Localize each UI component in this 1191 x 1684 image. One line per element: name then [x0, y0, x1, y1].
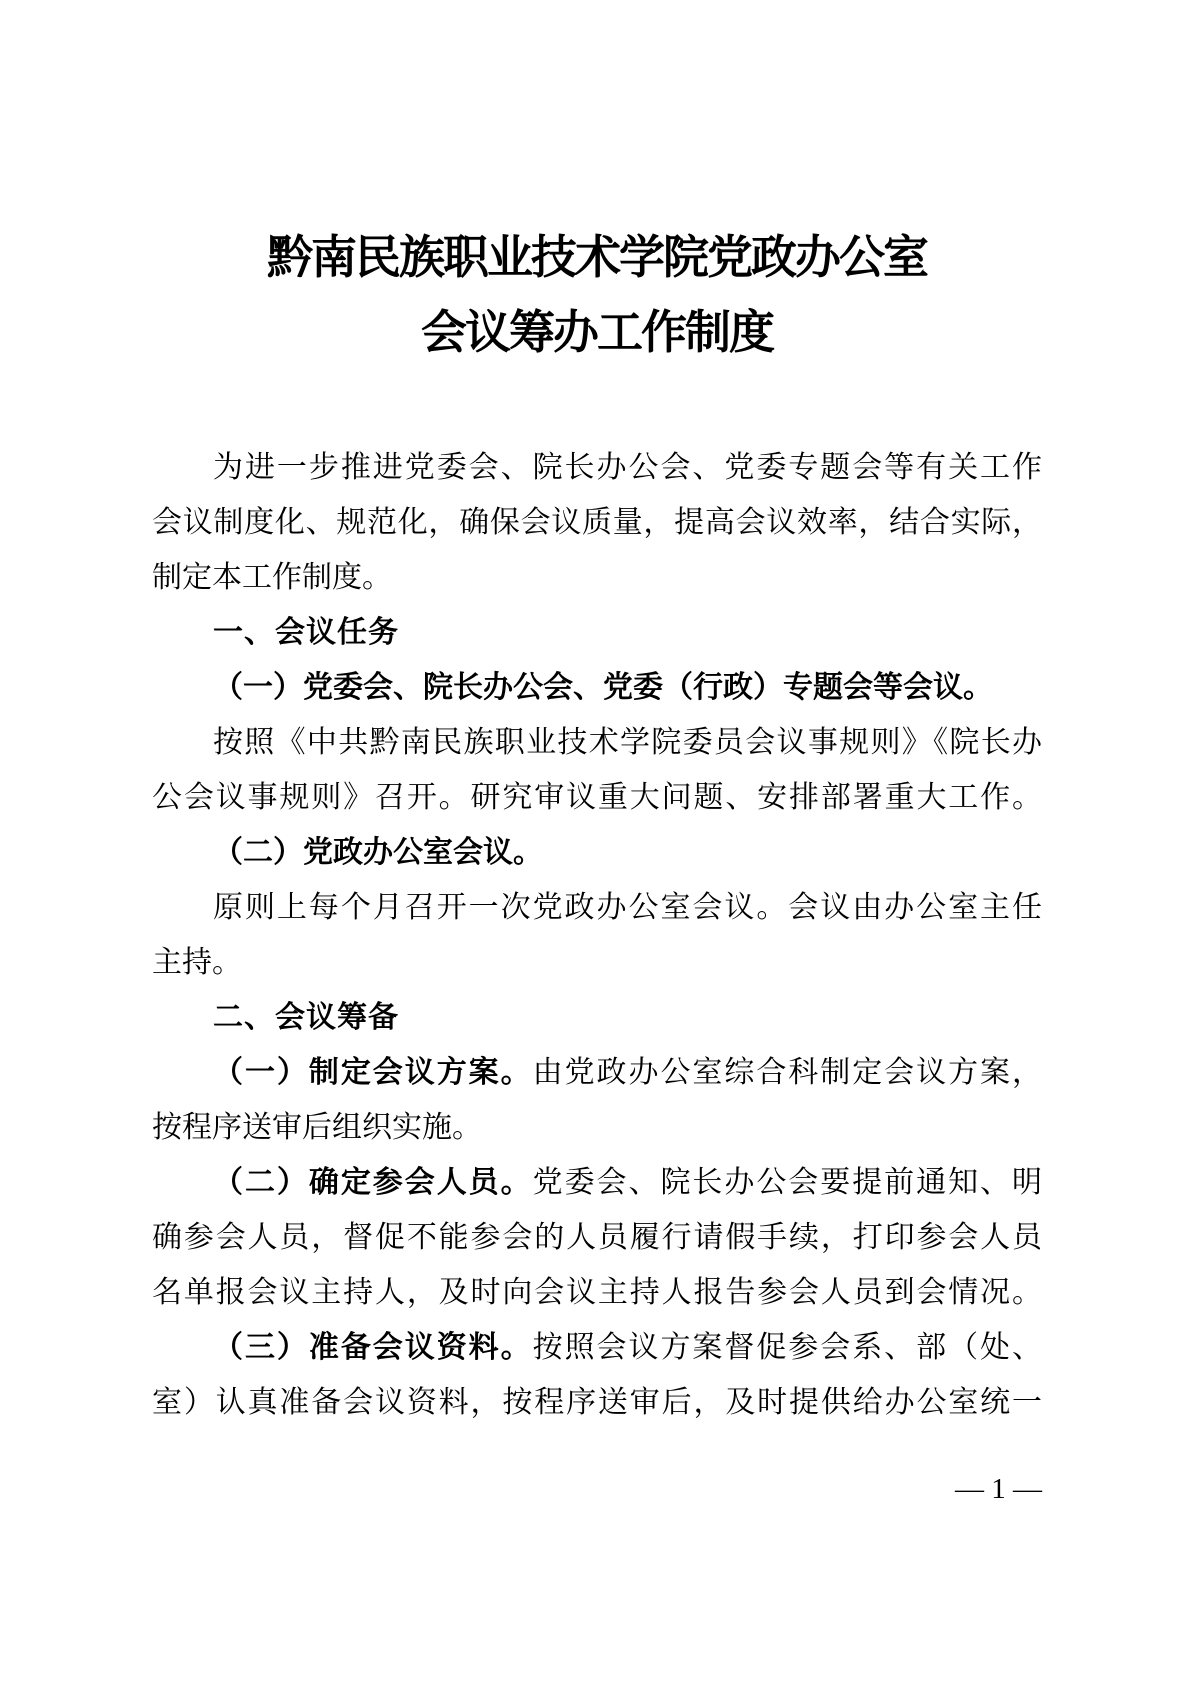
- body-text: 主持。: [152, 946, 242, 979]
- document-line: （三）准备会议资料。按照会议方案督促参会系、部（处、: [152, 1320, 1042, 1375]
- body-text: 确参会人员，督促不能参会的人员履行请假手续，打印参会人员: [152, 1221, 1042, 1254]
- document-line: 按程序送审后组织实施。: [152, 1100, 1042, 1155]
- body-text: 原则上每个月召开一次党政办公室会议。会议由办公室主任: [213, 891, 1042, 924]
- body-text: 公会议事规则》召开。研究审议重大问题、安排部署重大工作。: [152, 781, 1042, 814]
- body-text: 按程序送审后组织实施。: [152, 1111, 482, 1144]
- document-line: 一、会议任务: [152, 605, 1042, 660]
- document-line: 公会议事规则》召开。研究审议重大问题、安排部署重大工作。: [152, 770, 1042, 825]
- body-text: 名单报会议主持人，及时向会议主持人报告参会人员到会情况。: [152, 1276, 1042, 1309]
- body-text: 制定本工作制度。: [152, 561, 392, 594]
- bold-lead-text: （三）准备会议资料。: [213, 1331, 533, 1364]
- bold-lead-text: （二）党政办公室会议。: [213, 836, 543, 869]
- body-text: 一、会议任务: [213, 616, 399, 649]
- document-body: 为进一步推进党委会、院长办公会、党委专题会等有关工作会议制度化、规范化，确保会议…: [152, 440, 1042, 1430]
- document-line: 为进一步推进党委会、院长办公会、党委专题会等有关工作: [152, 440, 1042, 495]
- document-line: 按照《中共黔南民族职业技术学院委员会议事规则》《院长办: [152, 715, 1042, 770]
- body-text: 室）认真准备会议资料，按程序送审后，及时提供给办公室统一: [152, 1386, 1042, 1419]
- body-text: 按照《中共黔南民族职业技术学院委员会议事规则》《院长办: [213, 726, 1042, 759]
- document-line: 主持。: [152, 935, 1042, 990]
- document-line: （二）党政办公室会议。: [152, 825, 1042, 880]
- document-line: 二、会议筹备: [152, 990, 1042, 1045]
- page-footer: — 1 —: [152, 1462, 1042, 1517]
- body-text: 为进一步推进党委会、院长办公会、党委专题会等有关工作: [213, 451, 1042, 484]
- document-title: 黔南民族职业技术学院党政办公室 会议筹办工作制度: [152, 220, 1042, 370]
- bold-lead-text: （一）制定会议方案。: [213, 1056, 533, 1089]
- body-text: 会议制度化、规范化，确保会议质量，提高会议效率，结合实际，: [152, 506, 1042, 539]
- document-line: 原则上每个月召开一次党政办公室会议。会议由办公室主任: [152, 880, 1042, 935]
- document-line: 名单报会议主持人，及时向会议主持人报告参会人员到会情况。: [152, 1265, 1042, 1320]
- document-line: 制定本工作制度。: [152, 550, 1042, 605]
- title-line-1: 黔南民族职业技术学院党政办公室: [152, 220, 1042, 295]
- body-text: 党委会、院长办公会要提前通知、明: [533, 1166, 1042, 1199]
- document-line: （一）制定会议方案。由党政办公室综合科制定会议方案，: [152, 1045, 1042, 1100]
- document-line: 会议制度化、规范化，确保会议质量，提高会议效率，结合实际，: [152, 495, 1042, 550]
- document-line: （一）党委会、院长办公会、党委（行政）专题会等会议。: [152, 660, 1042, 715]
- document-page: 黔南民族职业技术学院党政办公室 会议筹办工作制度 为进一步推进党委会、院长办公会…: [0, 0, 1191, 1684]
- body-text: 二、会议筹备: [213, 1001, 399, 1034]
- body-text: 由党政办公室综合科制定会议方案，: [533, 1056, 1042, 1089]
- bold-lead-text: （一）党委会、院长办公会、党委（行政）专题会等会议。: [213, 671, 993, 704]
- title-line-2: 会议筹办工作制度: [152, 295, 1042, 370]
- document-line: 室）认真准备会议资料，按程序送审后，及时提供给办公室统一: [152, 1375, 1042, 1430]
- page-number: — 1 —: [955, 1473, 1042, 1505]
- body-text: 按照会议方案督促参会系、部（处、: [533, 1331, 1042, 1364]
- document-line: （二）确定参会人员。党委会、院长办公会要提前通知、明: [152, 1155, 1042, 1210]
- bold-lead-text: （二）确定参会人员。: [213, 1166, 533, 1199]
- document-line: 确参会人员，督促不能参会的人员履行请假手续，打印参会人员: [152, 1210, 1042, 1265]
